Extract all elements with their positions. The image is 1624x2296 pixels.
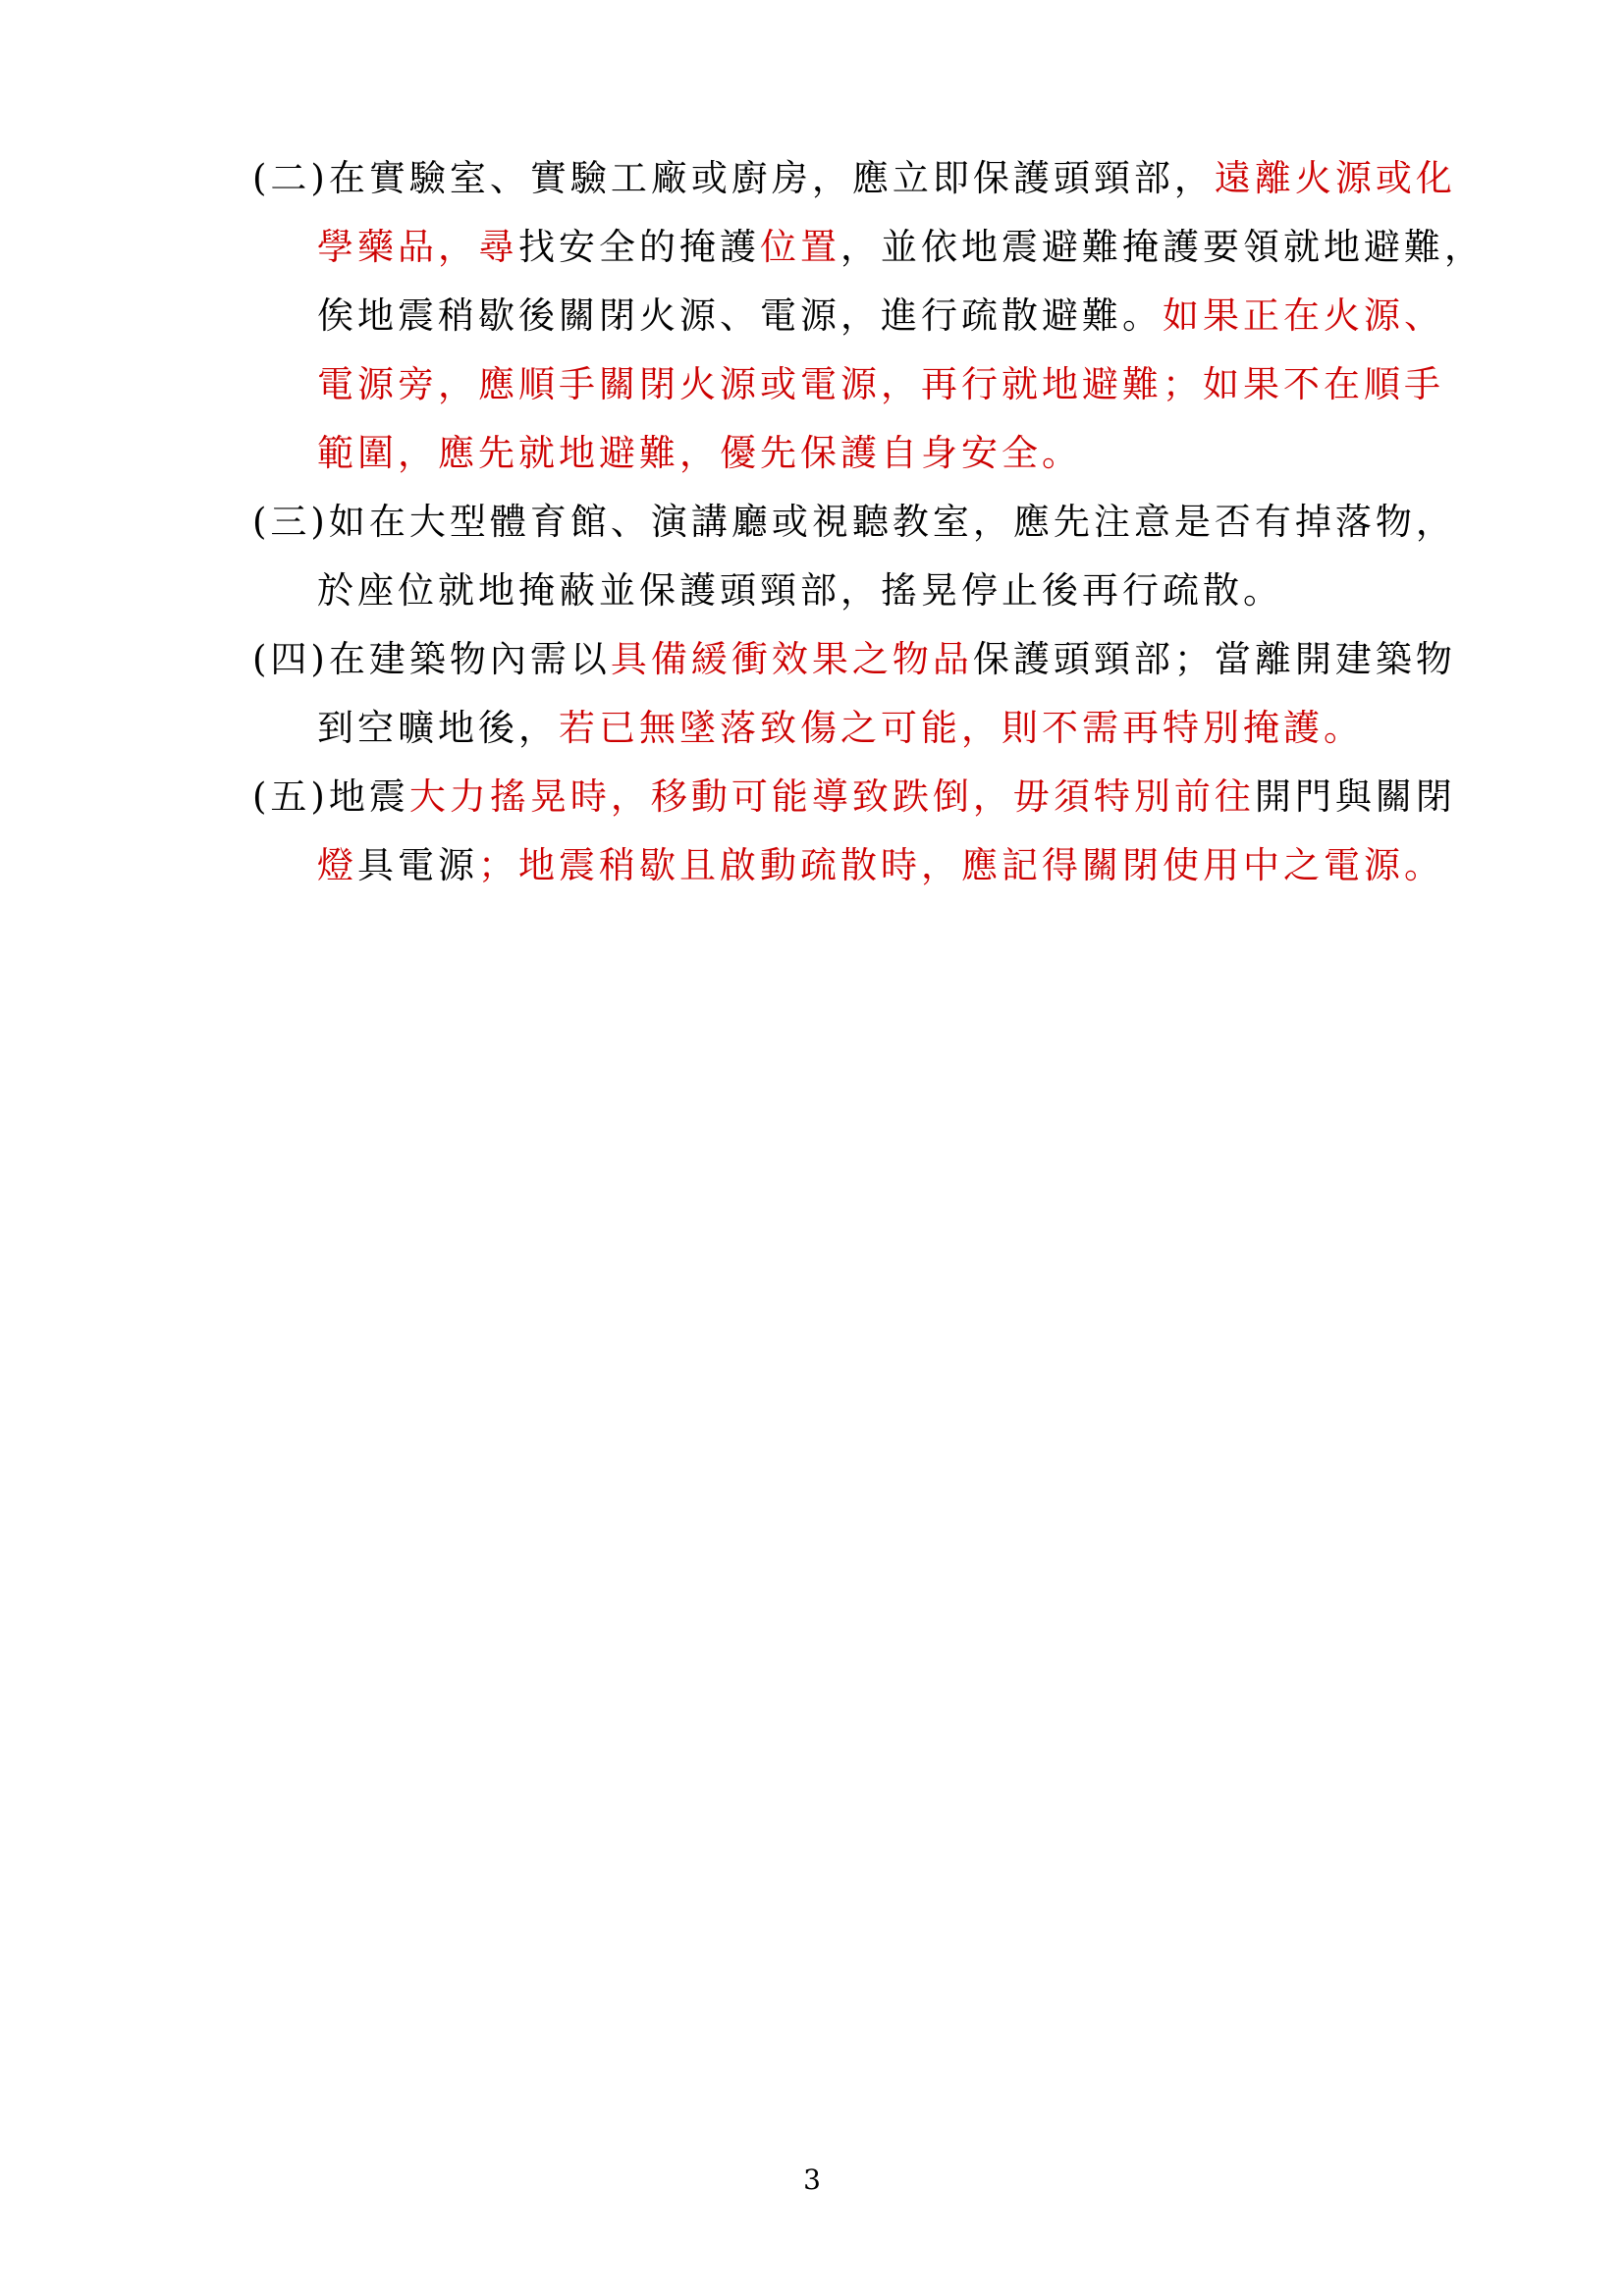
text-segment-red: 若已無墜落致傷之可能，則不需再特別掩護。 [559,707,1364,749]
text-segment-red: 遠離火源或化 [1215,157,1456,199]
text-line: (三)如在大型體育館、演講廳或視聽教室，應先注意是否有掉落物， [252,488,1485,557]
text-segment-red: 燈 [317,844,357,886]
text-line: 到空曠地後，若已無墜落致傷之可能，則不需再特別掩護。 [252,694,1485,763]
text-segment-red: 學藥品，尋 [317,226,518,268]
text-segment-black: 保護頭頸部；當離開建築物 [973,638,1456,680]
text-line: 俟地震稍歇後關閉火源、電源，進行疏散避難。如果正在火源、 [252,282,1485,350]
text-line: (五)地震大力搖晃時，移動可能導致跌倒，毋須特別前往開門與關閉 [252,763,1485,831]
text-segment-black: (二)在實驗室、實驗工廠或廚房，應立即保護頭頸部， [252,157,1215,199]
text-line: 學藥品，尋找安全的掩護位置，並依地震避難掩護要領就地避難， [252,213,1485,282]
body-text: (二)在實驗室、實驗工廠或廚房，應立即保護頭頸部，遠離火源或化學藥品，尋找安全的… [252,144,1485,900]
text-line: 燈具電源；地震稍歇且啟動疏散時，應記得關閉使用中之電源。 [252,831,1485,900]
text-segment-red: 大力搖晃時，移動可能導致跌倒，毋須特別前往 [409,775,1255,818]
document-page: (二)在實驗室、實驗工廠或廚房，應立即保護頭頸部，遠離火源或化學藥品，尋找安全的… [0,0,1624,2296]
text-segment-red: 具備緩衝效果之物品 [611,638,973,680]
text-segment-red: ；地震稍歇且啟動疏散時，應記得關閉使用中之電源。 [478,844,1444,886]
text-segment-black: 找安全的掩護 [518,226,760,268]
text-segment-black: (五)地震 [252,775,409,818]
text-line: 電源旁，應順手關閉火源或電源，再行就地避難；如果不在順手 [252,350,1485,419]
text-segment-black: 開門與關閉 [1255,775,1456,818]
text-segment-black: (四)在建築物內需以 [252,638,611,680]
text-segment-red: 位置 [760,226,840,268]
text-line: (四)在建築物內需以具備緩衝效果之物品保護頭頸部；當離開建築物 [252,625,1485,694]
text-line: 於座位就地掩蔽並保護頭頸部，搖晃停止後再行疏散。 [252,557,1485,625]
text-segment-black: 到空曠地後， [317,707,559,749]
text-segment-black: ，並依地震避難掩護要領就地避難， [840,226,1485,268]
text-segment-red: 範圍，應先就地避難，優先保護自身安全。 [317,432,1082,474]
text-segment-black: (三)如在大型體育館、演講廳或視聽教室，應先注意是否有掉落物， [252,501,1456,543]
text-segment-black: 具電源 [357,844,478,886]
text-segment-black: 於座位就地掩蔽並保護頭頸部，搖晃停止後再行疏散。 [317,569,1283,612]
page-number: 3 [0,2163,1624,2197]
text-line: 範圍，應先就地避難，優先保護自身安全。 [252,419,1485,488]
text-segment-black: 俟地震稍歇後關閉火源、電源，進行疏散避難。 [317,294,1163,337]
text-segment-red: 如果正在火源、 [1163,294,1444,337]
text-line: (二)在實驗室、實驗工廠或廚房，應立即保護頭頸部，遠離火源或化 [252,144,1485,213]
text-segment-red: 電源旁，應順手關閉火源或電源，再行就地避難；如果不在順手 [317,363,1444,405]
